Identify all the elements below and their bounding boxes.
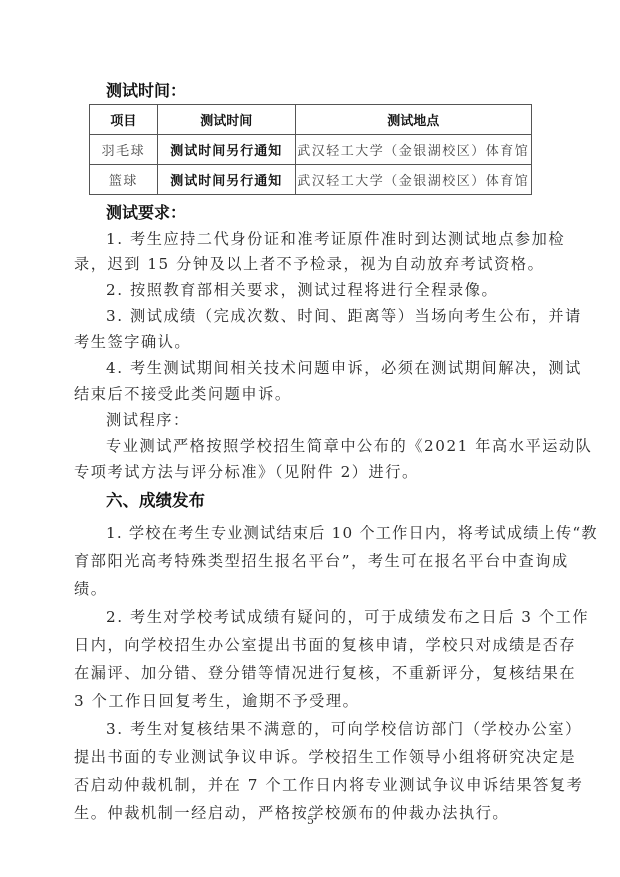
test-time-heading: 测试时间：	[106, 78, 186, 101]
paragraph-line: 1. 学校在考生专业测试结束后 10 个工作日内，将考试成绩上传“教	[106, 522, 598, 543]
paragraph-line: 3 个工作日回复考生，逾期不予受理。	[74, 690, 359, 711]
cell-time: 测试时间另行通知	[157, 135, 295, 165]
table-row: 篮球 测试时间另行通知 武汉轻工大学（金银湖校区）体育馆	[90, 165, 532, 195]
paragraph-line: 2. 考生对学校考试成绩有疑问的，可于成绩发布之日后 3 个工作	[106, 606, 589, 627]
cell-sport: 羽毛球	[90, 135, 158, 165]
requirements-heading: 测试要求：	[106, 200, 186, 223]
paragraph-line: 提出书面的专业测试争议申诉。学校招生工作领导小组将研究决定是	[74, 746, 576, 767]
paragraph-line: 3. 考生对复核结果不满意的，可向学校信访部门（学校办公室）	[106, 718, 582, 739]
paragraph-line: 1. 考生应持二代身份证和准考证原件准时到达测试地点参加检	[106, 228, 565, 249]
paragraph-line: 在漏评、加分错、登分错等情况进行复核，不重新评分，复核结果在	[74, 662, 576, 683]
paragraph-line: 4. 考生测试期间相关技术问题申诉，必须在测试期间解决，测试	[106, 357, 582, 378]
cell-location: 武汉轻工大学（金银湖校区）体育馆	[295, 135, 531, 165]
paragraph-line: 录，迟到 15 分钟及以上者不予检录，视为自动放弃考试资格。	[74, 253, 544, 274]
table-row: 羽毛球 测试时间另行通知 武汉轻工大学（金银湖校区）体育馆	[90, 135, 532, 165]
paragraph-line: 专业测试严格按照学校招生简章中公布的《2021 年高水平运动队	[106, 435, 592, 456]
paragraph-line: 育部阳光高考特殊类型招生报名平台”，考生可在报名平台中查询成	[74, 550, 569, 571]
cell-time: 测试时间另行通知	[157, 165, 295, 195]
paragraph-line: 结束后不接受此类问题申诉。	[74, 383, 292, 404]
header-item: 项目	[90, 105, 158, 135]
page-number: 5	[307, 814, 314, 827]
table-header-row: 项目 测试时间 测试地点	[90, 105, 532, 135]
paragraph-line: 专项考试方法与评分标准》（见附件 2）进行。	[74, 461, 419, 482]
paragraph-line: 绩。	[74, 578, 107, 599]
test-schedule-table: 项目 测试时间 测试地点 羽毛球 测试时间另行通知 武汉轻工大学（金银湖校区）体…	[89, 104, 532, 195]
cell-sport: 篮球	[90, 165, 158, 195]
header-location: 测试地点	[295, 105, 531, 135]
header-time: 测试时间	[157, 105, 295, 135]
cell-location: 武汉轻工大学（金银湖校区）体育馆	[295, 165, 531, 195]
paragraph-line: 日内，向学校招生办公室提出书面的复核申请，学校只对成绩是否存	[74, 634, 576, 655]
paragraph-line: 生。仲裁机制一经启动，严格按学校颁布的仲裁办法执行。	[74, 802, 509, 823]
section-6-heading: 六、成绩发布	[106, 487, 205, 511]
paragraph-line: 否启动仲裁机制，并在 7 个工作日内将专业测试争议申诉结果答复考	[74, 774, 583, 795]
paragraph-line: 2. 按照教育部相关要求，测试过程将进行全程录像。	[106, 279, 498, 300]
procedure-heading: 测试程序：	[106, 409, 190, 430]
paragraph-line: 考生签字确认。	[74, 331, 191, 352]
paragraph-line: 3. 测试成绩（完成次数、时间、距离等）当场向考生公布，并请	[106, 305, 582, 326]
